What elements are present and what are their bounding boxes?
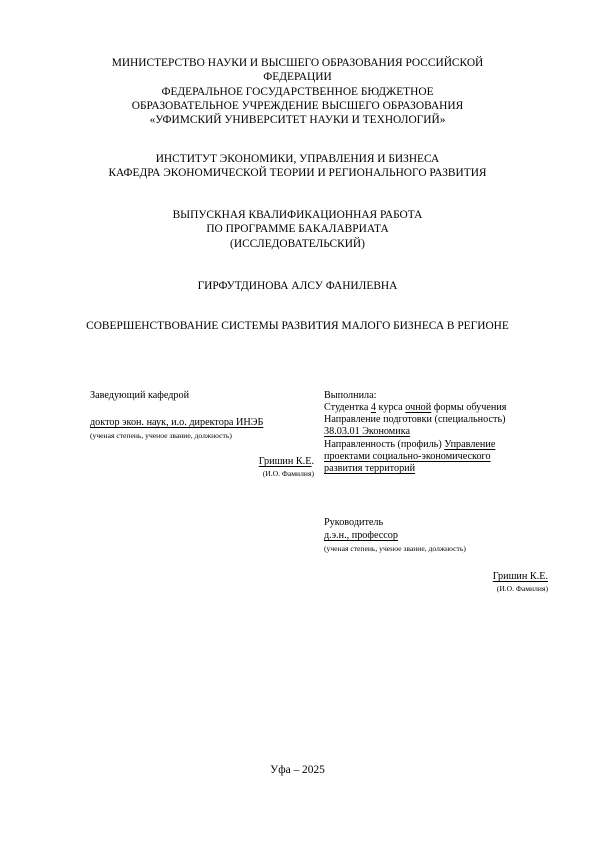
work-type-line-1: ВЫПУСКНАЯ КВАЛИФИКАЦИОННАЯ РАБОТА bbox=[0, 208, 595, 222]
supervisor-position: д.э.н., профессор bbox=[324, 530, 398, 543]
direction-label: Направление подготовки (специальность) bbox=[324, 414, 506, 427]
work-type-line-2: ПО ПРОГРАММЕ БАКАЛАВРИАТА bbox=[0, 222, 595, 236]
direction-value: 38.03.01 Экономика bbox=[324, 426, 410, 439]
supervisor-name-text: Гришин К.Е. bbox=[493, 571, 548, 582]
federal-line-2: ОБРАЗОВАТЕЛЬНОЕ УЧРЕЖДЕНИЕ ВЫСШЕГО ОБРАЗ… bbox=[0, 99, 595, 113]
work-type-line-3: (ИССЛЕДОВАТЕЛЬСКИЙ) bbox=[0, 237, 595, 251]
head-of-department-name-caption: (И.О. Фамилия) bbox=[90, 469, 314, 479]
profile-line-2: проектами социально-экономического bbox=[324, 451, 491, 464]
study-form-suffix: формы обучения bbox=[431, 402, 506, 413]
student-line: Студентка 4 курса очной формы обучения bbox=[324, 402, 506, 415]
head-of-department-name-text: Гришин К.Е bbox=[259, 456, 312, 467]
author-name: ГИРФУТДИНОВА АЛСУ ФАНИЛЕВНА bbox=[0, 279, 595, 293]
ministry-header: МИНИСТЕРСТВО НАУКИ И ВЫСШЕГО ОБРАЗОВАНИЯ… bbox=[0, 56, 595, 127]
student-prefix: Студентка bbox=[324, 402, 371, 413]
head-of-department-name-suffix: . bbox=[311, 456, 314, 467]
course-label: курса bbox=[376, 402, 405, 413]
ministry-line-1: МИНИСТЕРСТВО НАУКИ И ВЫСШЕГО ОБРАЗОВАНИЯ… bbox=[0, 56, 595, 70]
city-year: Уфа – 2025 bbox=[0, 763, 595, 777]
department-name: КАФЕДРА ЭКОНОМИЧЕСКОЙ ТЕОРИИ И РЕГИОНАЛЬ… bbox=[0, 166, 595, 180]
profile-value-1: Управление bbox=[444, 439, 495, 450]
profile-value-3: развития территорий bbox=[324, 463, 415, 474]
institute-name: ИНСТИТУТ ЭКОНОМИКИ, УПРАВЛЕНИЯ И БИЗНЕСА bbox=[0, 152, 595, 166]
profile-line-3: развития территорий bbox=[324, 463, 415, 476]
profile-line-1: Направленность (профиль) Управление bbox=[324, 439, 495, 452]
work-type-block: ВЫПУСКНАЯ КВАЛИФИКАЦИОННАЯ РАБОТА ПО ПРО… bbox=[0, 208, 595, 251]
profile-value-2: проектами социально-экономического bbox=[324, 451, 491, 462]
supervisor-label: Руководитель bbox=[324, 517, 383, 530]
profile-label: Направленность (профиль) bbox=[324, 439, 444, 450]
head-of-department-position-text: доктор экон. наук, и.о. директора ИНЭБ bbox=[90, 417, 263, 428]
supervisor-position-caption: (ученая степень, ученое звание, должност… bbox=[324, 544, 466, 554]
performed-by-label: Выполнила: bbox=[324, 390, 376, 403]
study-form: очной bbox=[405, 402, 431, 413]
ministry-line-2: ФЕДЕРАЦИИ bbox=[0, 70, 595, 84]
head-of-department-position: доктор экон. наук, и.о. директора ИНЭБ bbox=[90, 417, 263, 430]
direction-value-text: 38.03.01 Экономика bbox=[324, 426, 410, 437]
head-of-department-position-caption: (ученая степень, ученое звание, должност… bbox=[90, 431, 232, 441]
head-of-department-name: Гришин К.Е. bbox=[90, 456, 314, 469]
university-name: «УФИМСКИЙ УНИВЕРСИТЕТ НАУКИ И ТЕХНОЛОГИЙ… bbox=[0, 113, 595, 127]
supervisor-name: Гришин К.Е. bbox=[324, 571, 548, 584]
institute-block: ИНСТИТУТ ЭКОНОМИКИ, УПРАВЛЕНИЯ И БИЗНЕСА… bbox=[0, 152, 595, 181]
supervisor-name-caption: (И.О. Фамилия) bbox=[324, 584, 548, 594]
thesis-title: СОВЕРШЕНСТВОВАНИЕ СИСТЕМЫ РАЗВИТИЯ МАЛОГ… bbox=[0, 319, 595, 333]
federal-line-1: ФЕДЕРАЛЬНОЕ ГОСУДАРСТВЕННОЕ БЮДЖЕТНОЕ bbox=[0, 85, 595, 99]
supervisor-position-text: д.э.н., профессор bbox=[324, 530, 398, 541]
head-of-department-label: Заведующий кафедрой bbox=[90, 390, 189, 403]
